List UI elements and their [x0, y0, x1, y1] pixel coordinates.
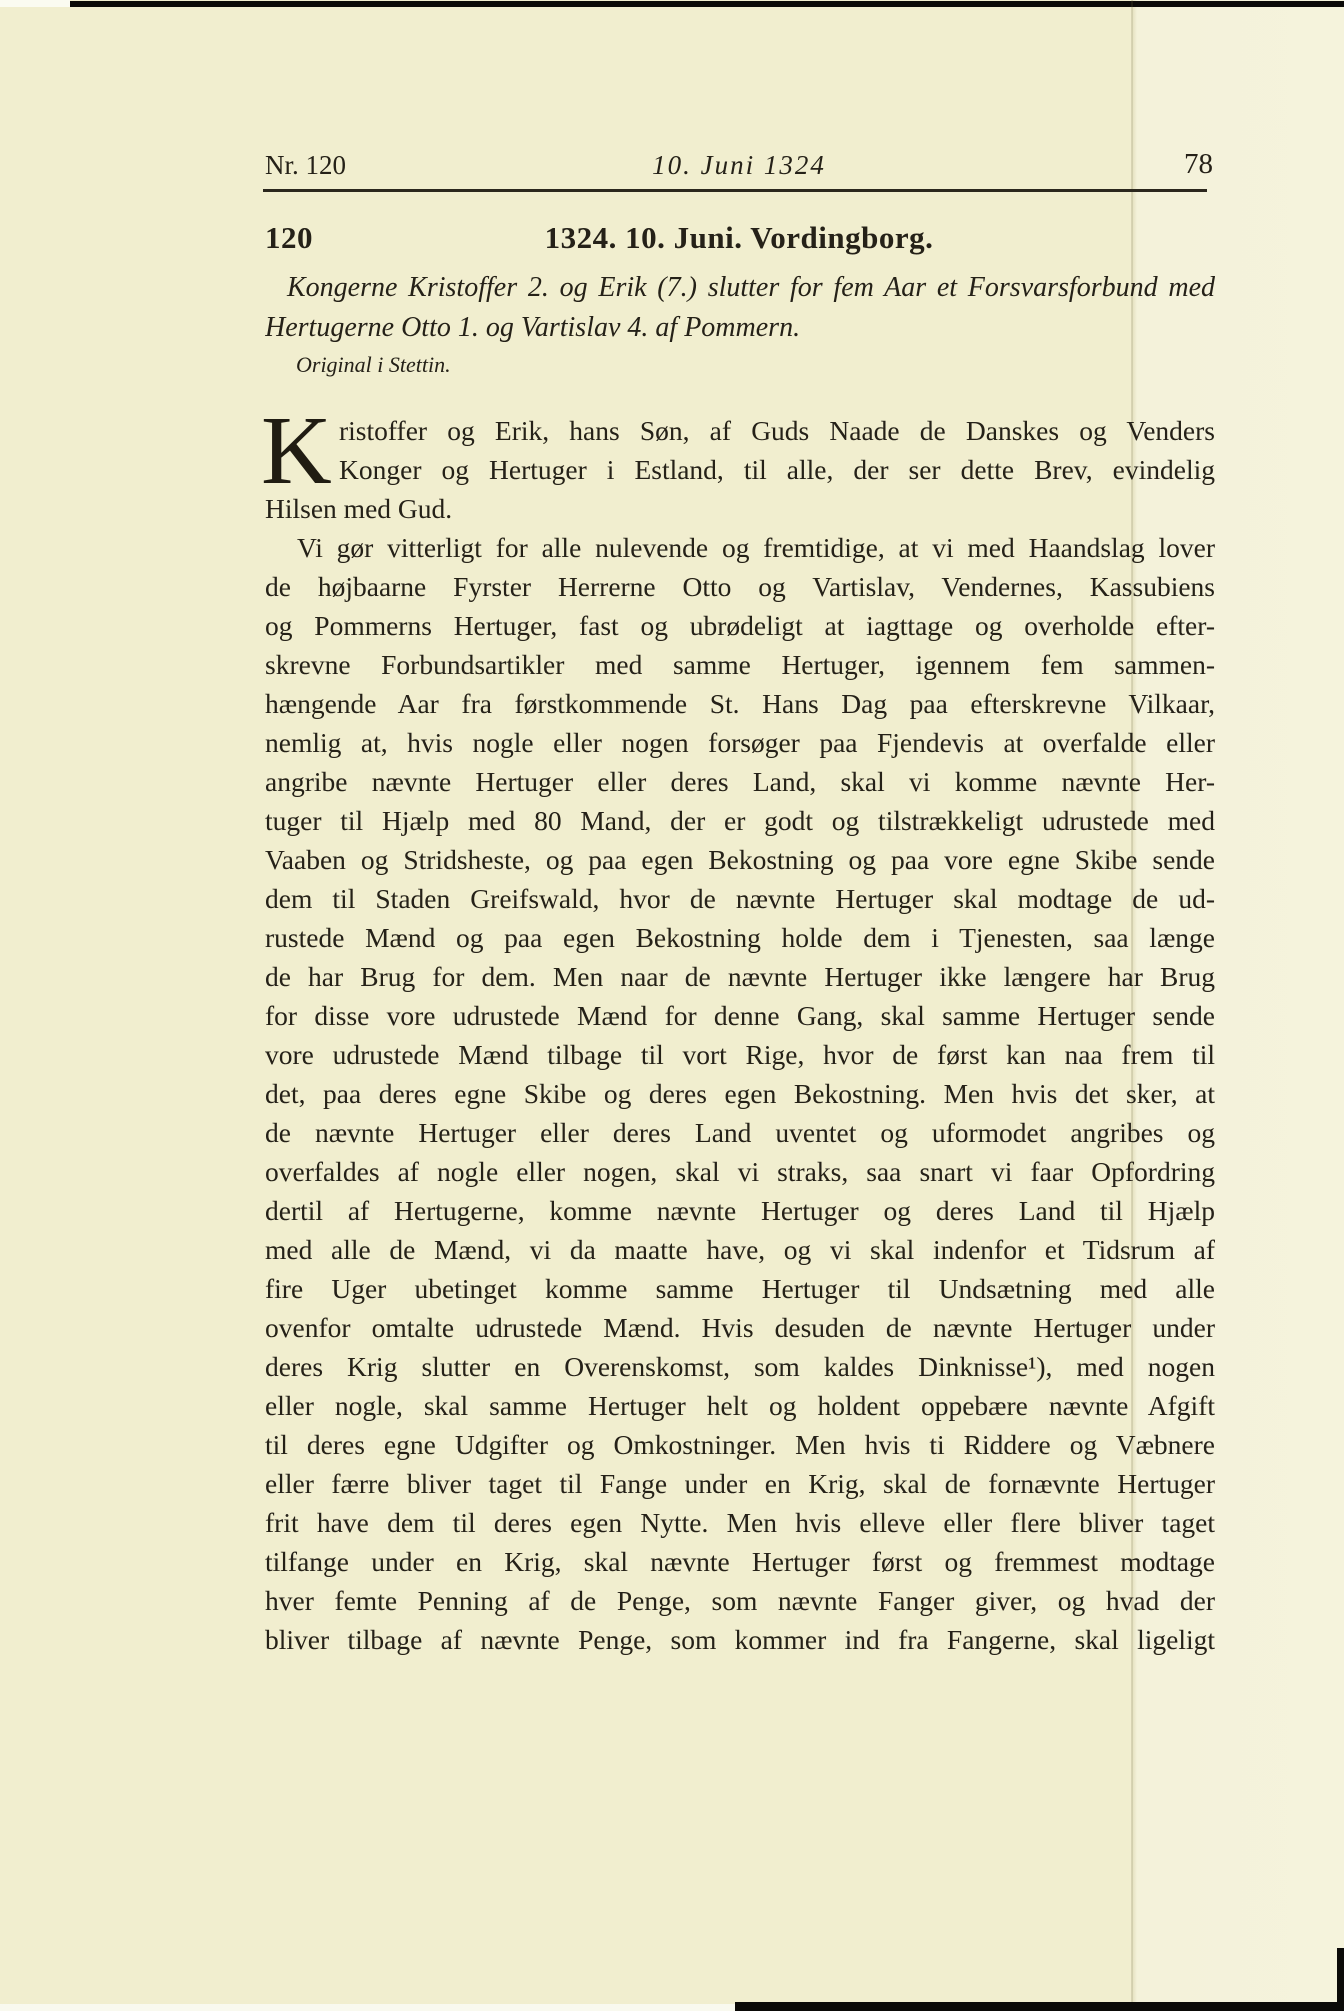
body-line: dem til Staden Greifswald, hvor de nævnt…: [265, 879, 1215, 918]
summary-line: Kongerne Kristoffer 2. og Erik (7.) slut…: [265, 268, 1215, 308]
body-line: de har Brug for dem. Men naar de nævnte …: [265, 957, 1215, 996]
body-paragraph-1: ristoffer og Erik, hans Søn, af Guds Naa…: [265, 411, 1215, 528]
body-line: ovenfor omtalte udrustede Mænd. Hvis des…: [265, 1308, 1215, 1347]
body-line: deres Krig slutter en Overenskomst, som …: [265, 1347, 1215, 1386]
scan-black-bar-bottom: [735, 2002, 1344, 2011]
running-head-number: Nr. 120: [265, 150, 346, 181]
body-line: ristoffer og Erik, hans Søn, af Guds Naa…: [265, 411, 1215, 450]
body-line: fire Uger ubetinget komme samme Hertuger…: [265, 1269, 1215, 1308]
summary-line: Hertugerne Otto 1. og Vartislav 4. af Po…: [265, 308, 1215, 348]
body-line: dertil af Hertugerne, komme nævnte Hertu…: [265, 1191, 1215, 1230]
scan-edge-sliver-bottom: [0, 2004, 735, 2011]
body-line: tuger til Hjælp med 80 Mand, der er godt…: [265, 801, 1215, 840]
body-line: hver femte Penning af de Penge, som nævn…: [265, 1581, 1215, 1620]
body-line: vore udrustede Mænd tilbage til vort Rig…: [265, 1035, 1215, 1074]
body-line: Konger og Hertuger i Estland, til alle, …: [265, 450, 1215, 489]
body-line: rustede Mænd og paa egen Bekostning hold…: [265, 918, 1215, 957]
running-head: 10. Juni 1324 Nr. 120 78: [265, 150, 1213, 184]
source-note: Original i Stettin.: [296, 352, 451, 378]
running-head-date: 10. Juni 1324: [265, 150, 1213, 181]
body-line: det, paa deres egne Skibe og deres egen …: [265, 1074, 1215, 1113]
body-line: eller nogle, skal samme Hertuger helt og…: [265, 1386, 1215, 1425]
body-line: bliver tilbage af nævnte Penge, som komm…: [265, 1620, 1215, 1659]
document-heading-title: 1324. 10. Juni. Vordingborg.: [265, 220, 1213, 256]
body-line: til deres egne Udgifter og Omkostninger.…: [265, 1425, 1215, 1464]
body-line: de højbaarne Fyrster Herrerne Otto og Va…: [265, 567, 1215, 606]
scan-black-bar-right: [1337, 1948, 1344, 2011]
body-line: nemlig at, hvis nogle eller nogen forsøg…: [265, 723, 1215, 762]
body-line: for disse vore udrustede Mænd for denne …: [265, 996, 1215, 1035]
body-line: frit have dem til deres egen Nytte. Men …: [265, 1503, 1215, 1542]
body-line: skrevne Forbundsartikler med samme Hertu…: [265, 645, 1215, 684]
body-line: overfaldes af nogle eller nogen, skal vi…: [265, 1152, 1215, 1191]
body-line: eller færre bliver taget til Fange under…: [265, 1464, 1215, 1503]
body-line: Vi gør vitterligt for alle nulevende og …: [265, 528, 1215, 567]
body-line: Hilsen med Gud.: [265, 489, 1215, 528]
body-line: og Pommerns Hertuger, fast og ubrødeligt…: [265, 606, 1215, 645]
scan-edge-sliver: [0, 0, 70, 7]
body-line: de nævnte Hertuger eller deres Land uven…: [265, 1113, 1215, 1152]
scan-black-bar-top: [70, 1, 1344, 7]
document-body: ristoffer og Erik, hans Søn, af Guds Naa…: [265, 411, 1215, 1659]
body-line: hængende Aar fra førstkommende St. Hans …: [265, 684, 1215, 723]
body-line: med alle de Mænd, vi da maatte have, og …: [265, 1230, 1215, 1269]
body-line: tilfange under en Krig, skal nævnte Hert…: [265, 1542, 1215, 1581]
document-heading-number: 120: [265, 220, 313, 256]
running-head-rule: [263, 189, 1207, 192]
scanned-book-page: 10. Juni 1324 Nr. 120 78 1324. 10. Juni.…: [0, 0, 1344, 2011]
body-line: Vaaben og Stridsheste, og paa egen Bekos…: [265, 840, 1215, 879]
body-paragraph-2: Vi gør vitterligt for alle nulevende og …: [265, 528, 1215, 1659]
document-summary: Kongerne Kristoffer 2. og Erik (7.) slut…: [265, 268, 1215, 348]
page-number: 78: [1184, 148, 1213, 181]
body-line: angribe nævnte Hertuger eller deres Land…: [265, 762, 1215, 801]
document-heading: 1324. 10. Juni. Vordingborg. 120: [265, 220, 1213, 256]
